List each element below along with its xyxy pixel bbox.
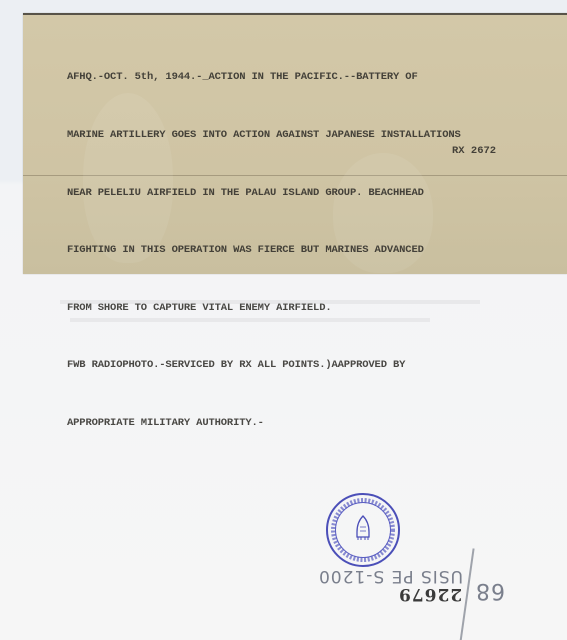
- circular-stamp: [326, 493, 400, 567]
- caption-line: MARINE ARTILLERY GOES INTO ACTION AGAINS…: [67, 126, 461, 145]
- caption-line: FIGHTING IN THIS OPERATION WAS FIERCE BU…: [67, 241, 461, 260]
- stamped-number: 22679: [398, 584, 462, 604]
- caption-line: AFHQ.-OCT. 5th, 1944.-_ACTION IN THE PAC…: [67, 68, 461, 87]
- paper-top-edge: [23, 13, 567, 15]
- bleed-through-line: [70, 318, 430, 322]
- caption-line: NEAR PELELIU AIRFIELD IN THE PALAU ISLAN…: [67, 184, 461, 203]
- caption-line: FWB RADIOPHOTO.-SERVICED BY RX ALL POINT…: [67, 356, 461, 375]
- reference-code: RX 2672: [452, 145, 496, 157]
- caption-line: APPROPRIATE MILITARY AUTHORITY.-: [67, 414, 461, 433]
- caption-text: AFHQ.-OCT. 5th, 1944.-_ACTION IN THE PAC…: [67, 30, 461, 452]
- shield-emblem-icon: [355, 515, 371, 541]
- bleed-through-line: [60, 300, 480, 304]
- pencil-note: USIS PE S-1200: [318, 566, 463, 586]
- handwritten-number: 68: [475, 578, 505, 603]
